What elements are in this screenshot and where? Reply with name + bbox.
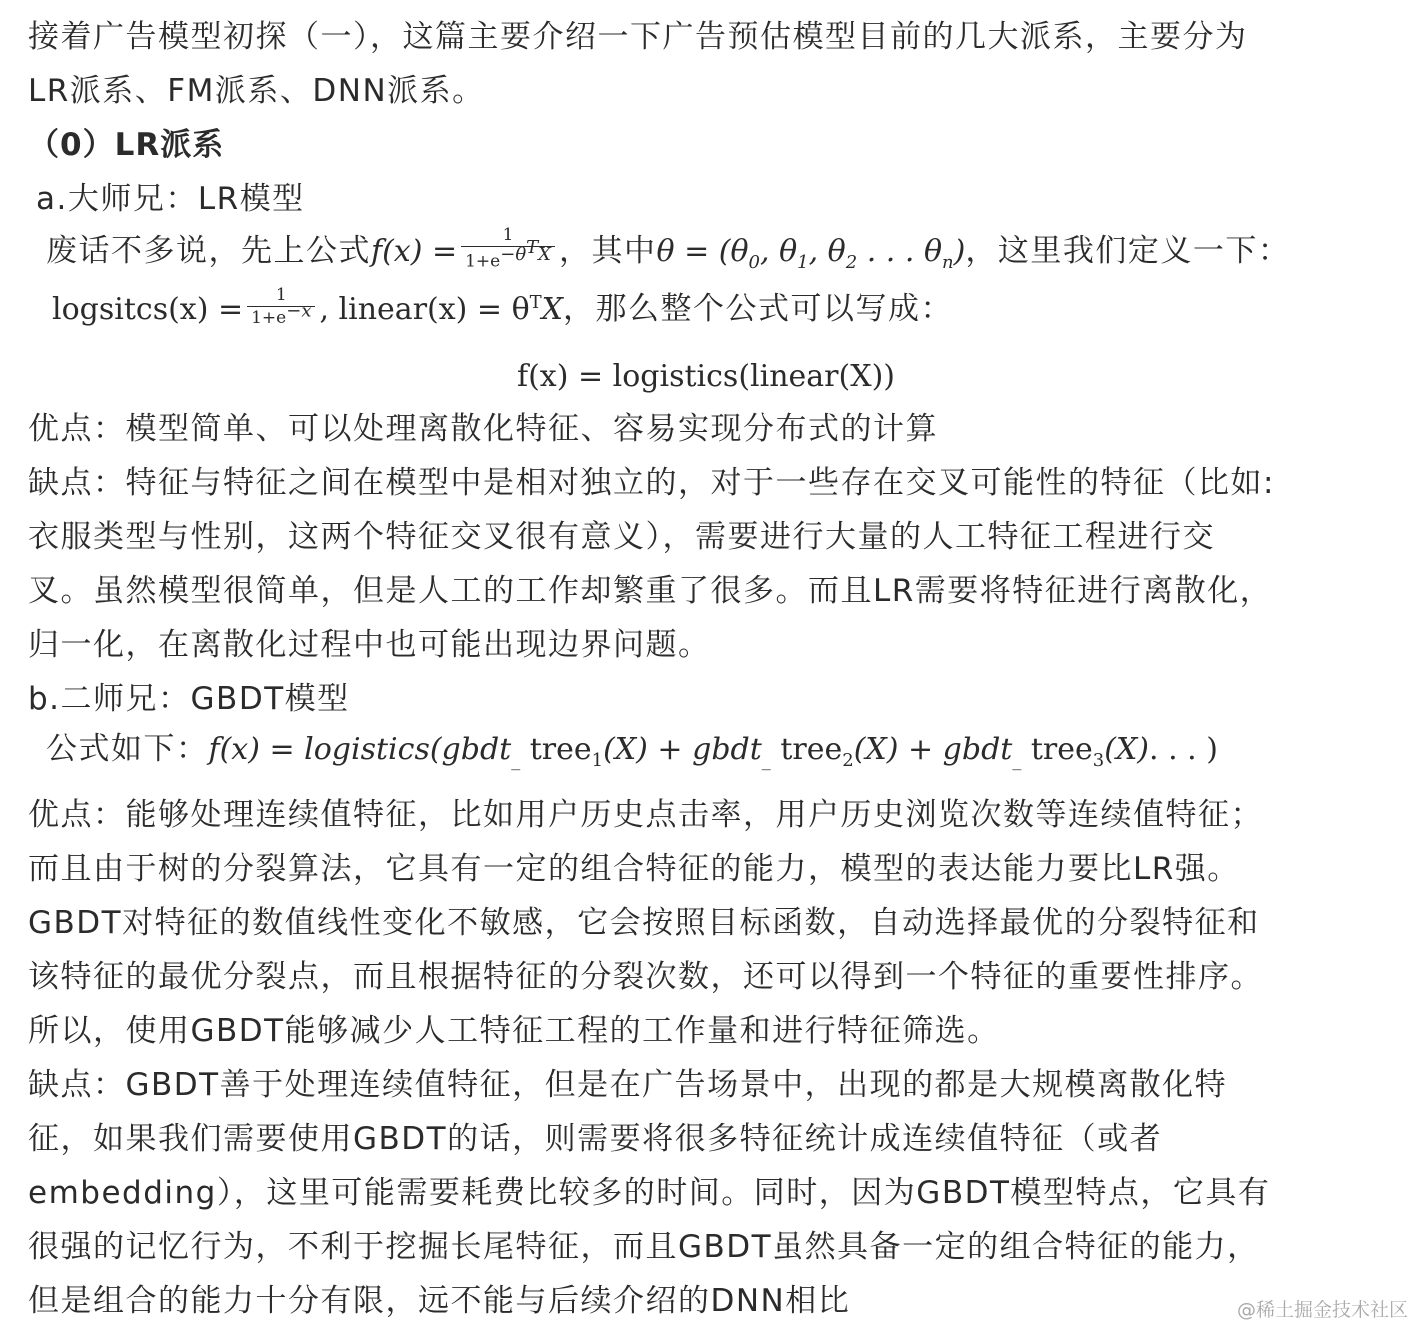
- lr-cons-line-2: 衣服类型与性别，这两个特征交叉很有意义），需要进行大量的人工特征工程进行交: [28, 510, 1215, 564]
- gbdt-cons-line-5: 但是组合的能力十分有限，远不能与后续介绍的DNN相比: [28, 1274, 850, 1328]
- formula-mid-text: ，其中: [559, 233, 657, 269]
- lr-cons-line-4: 归一化，在离散化过程中也可能出现边界问题。: [28, 618, 711, 672]
- gbdt-formula-expression: f(x) = logistics(gbdt_ tree1(X) + gbdt_ …: [209, 732, 1218, 767]
- formula-logistic-lhs: logsitcs(x) =: [52, 292, 243, 327]
- formula-theta-vector: θ = (θ0, θ1, θ2 . . . θn): [657, 234, 966, 269]
- formula-line-lr-definition: 废话不多说，先上公式f(x) =11+e−θTX，其中θ = (θ0, θ1, …: [46, 224, 1290, 278]
- gbdt-cons-line-4: 很强的记忆行为，不利于挖掘长尾特征，而且GBDT虽然具备一定的组合特征的能力，: [28, 1220, 1260, 1274]
- gbdt-pros-line-3: GBDT对特征的数值线性变化不敏感，它会按照目标函数，自动选择最优的分裂特征和: [28, 896, 1260, 950]
- gbdt-cons-line-1: 缺点：GBDT善于处理连续值特征，但是在广告场景中，出现的都是大规模离散化特: [28, 1058, 1227, 1112]
- subsection-title-gbdt-model: b.二师兄：GBDT模型: [28, 672, 350, 726]
- formula-prefix-text: 废话不多说，先上公式: [46, 233, 371, 269]
- gbdt-pros-line-5: 所以，使用GBDT能够减少人工特征工程的工作量和进行特征筛选。: [28, 1004, 1000, 1058]
- gbdt-pros-line-1: 优点：能够处理连续值特征，比如用户历史点击率，用户历史浏览次数等连续值特征；: [28, 788, 1263, 842]
- formula-line-logistic-linear: logsitcs(x) =11+e−x, linear(x) = θTX，那么整…: [52, 282, 953, 336]
- formula-f-lhs: f(x) =: [371, 234, 457, 269]
- formula-line2-suffix: ，那么整个公式可以写成：: [563, 291, 953, 327]
- gbdt-pros-line-4: 该特征的最优分裂点，而且根据特征的分裂次数，还可以得到一个特征的重要性排序。: [28, 950, 1263, 1004]
- lr-pros: 优点：模型简单、可以处理离散化特征、容易实现分布式的计算: [28, 402, 938, 456]
- section-heading-lr: （0）LR派系: [28, 118, 224, 172]
- gbdt-cons-line-2: 征，如果我们需要使用GBDT的话，则需要将很多特征统计成连续值特征（或者: [28, 1112, 1162, 1166]
- formula-suffix-text: ，这里我们定义一下：: [965, 233, 1290, 269]
- lr-cons-line-3: 叉。虽然模型很简单，但是人工的工作却繁重了很多。而且LR需要将特征进行离散化，: [28, 564, 1272, 618]
- formula-logistic-fraction: 11+e−x: [247, 285, 315, 328]
- gbdt-formula-prefix: 公式如下：: [46, 731, 209, 767]
- intro-line-1: 接着广告模型初探（一），这篇主要介绍一下广告预估模型目前的几大派系，主要分为: [28, 10, 1248, 64]
- formula-line-gbdt: 公式如下：f(x) = logistics(gbdt_ tree1(X) + g…: [46, 722, 1218, 776]
- formula-centered-composition: f(x) = logistics(linear(X)): [28, 350, 1384, 404]
- gbdt-pros-line-2: 而且由于树的分裂算法，它具有一定的组合特征的能力，模型的表达能力要比LR强。: [28, 842, 1240, 896]
- subsection-title-lr-model: a.大师兄：LR模型: [36, 172, 305, 226]
- gbdt-cons-line-3: embedding），这里可能需要耗费比较多的时间。同时，因为GBDT模型特点，…: [28, 1166, 1270, 1220]
- watermark: @稀土掘金技术社区: [1237, 1295, 1408, 1322]
- lr-cons-line-1: 缺点：特征与特征之间在模型中是相对独立的，对于一些存在交叉可能性的特征（比如:: [28, 456, 1275, 510]
- formula-sigmoid-fraction: 11+e−θTX: [461, 225, 555, 272]
- intro-line-2: LR派系、FM派系、DNN派系。: [28, 64, 485, 118]
- formula-linear-def: , linear(x) = θTX: [319, 292, 563, 327]
